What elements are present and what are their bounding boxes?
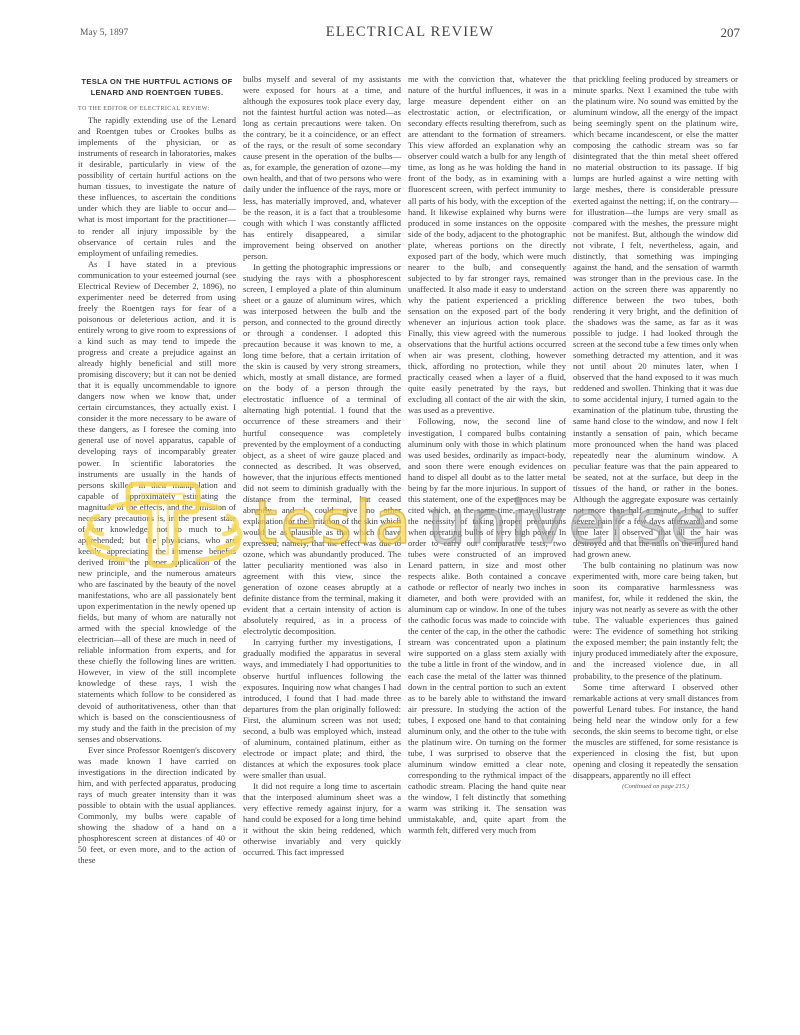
paragraph: In carrying further my investigations, I… bbox=[243, 637, 401, 781]
paragraph: The bulb containing no platinum was now … bbox=[573, 560, 738, 682]
article-headline: TESLA ON THE HURTFUL ACTIONS OF LENARD A… bbox=[78, 77, 236, 98]
paragraph: me with the conviction that, whatever th… bbox=[408, 74, 566, 416]
article-columns: TESLA ON THE HURTFUL ACTIONS OF LENARD A… bbox=[78, 74, 740, 1004]
paragraph: The rapidly extending use of the Lenard … bbox=[78, 115, 236, 259]
column-4: that prickling feeling produced by strea… bbox=[573, 74, 738, 792]
column-3: me with the conviction that, whatever th… bbox=[408, 74, 566, 836]
paragraph: bulbs myself and several of my assistant… bbox=[243, 74, 401, 262]
page-number: 207 bbox=[721, 25, 741, 41]
paragraph: Some time afterward I observed other rem… bbox=[573, 682, 738, 781]
paragraph: that prickling feeling produced by strea… bbox=[573, 74, 738, 560]
paragraph: Following, now, the second line of inves… bbox=[408, 416, 566, 836]
column-1: TESLA ON THE HURTFUL ACTIONS OF LENARD A… bbox=[78, 74, 236, 866]
running-head: May 5, 1897 ELECTRICAL REVIEW 207 bbox=[80, 24, 740, 44]
newspaper-page: May 5, 1897 ELECTRICAL REVIEW 207 TESLA … bbox=[0, 0, 800, 1035]
salutation: To the Editor of Electrical Review: bbox=[78, 104, 236, 115]
paragraph: As I have stated in a previous communica… bbox=[78, 259, 236, 745]
paragraph: Ever since Professor Roentgen's discover… bbox=[78, 745, 236, 867]
column-2: bulbs myself and several of my assistant… bbox=[243, 74, 401, 858]
continued-note: (Continued on page 215.) bbox=[573, 781, 738, 792]
paragraph: In getting the photographic impressions … bbox=[243, 262, 401, 638]
paragraph: It did not require a long time to ascert… bbox=[243, 781, 401, 858]
publication-title: ELECTRICAL REVIEW bbox=[80, 24, 740, 41]
